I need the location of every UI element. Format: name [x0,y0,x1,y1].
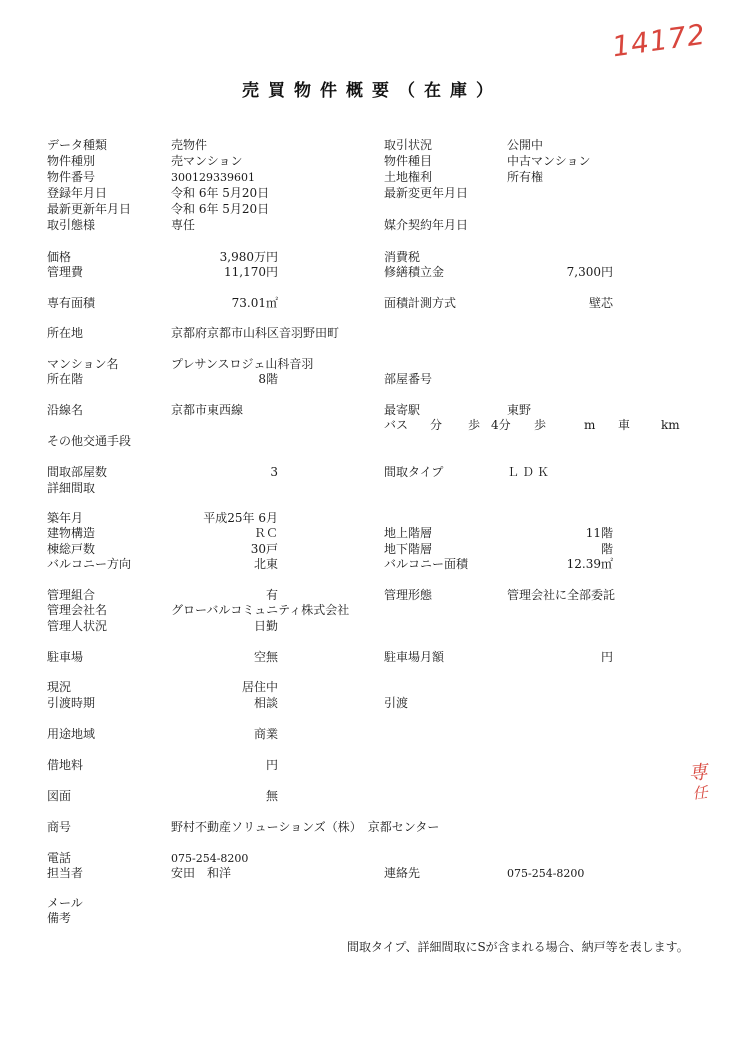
value-company: 野村不動産ソリューションズ（株） 京都センター [171,820,439,835]
label-latest-change: 最新変更年月日 [384,186,468,201]
value-balcony-area: 12.39㎡ [500,557,613,572]
value-floors-below: 階 [500,542,613,557]
value-staff: 安田 和洋 [171,866,231,881]
access-bus-min-unit: 分 [430,418,442,433]
value-floor-area: 73.01㎡ [150,296,278,311]
access-m-unit: m [584,418,595,433]
value-layout-type: ＬＤＫ [507,465,552,480]
label-land-rent: 借地料 [47,758,83,773]
label-area-method: 面積計測方式 [384,296,456,311]
handwritten-stamp: 専 任 [686,762,712,804]
label-other-transport: その他交通手段 [47,434,131,449]
value-contact: 075-254-8200 [507,866,584,881]
value-data-type: 売物件 [171,138,207,153]
handwritten-stamp-line2: 任 [688,782,712,804]
value-property-number: 300129339601 [171,170,255,185]
label-floors-below: 地下階層 [384,542,432,557]
label-room-count: 間取部屋数 [47,465,107,480]
access-car-label: 車 [618,418,630,433]
value-parking: 空無 [150,650,278,665]
label-registered-date: 登録年月日 [47,186,107,201]
label-mansion-name: マンション名 [47,357,118,372]
label-layout-detail: 詳細間取 [47,481,95,496]
value-deal-mode: 専任 [171,218,195,233]
label-staff: 担当者 [47,866,83,881]
value-repair-reserve: 7,300円 [500,265,613,280]
label-email: メール [47,896,83,911]
label-floors-above: 地上階層 [384,526,432,541]
value-land-rent: 円 [150,758,278,773]
value-updated-date: 令和 6年 5月20日 [171,202,269,217]
label-deal-mode: 取引態様 [47,218,95,233]
value-floor: 8階 [150,372,278,387]
value-location: 京都府京都市山科区音羽野田町 [171,326,339,341]
label-deal-status: 取引状況 [384,138,432,153]
label-updated-date: 最新更新年月日 [47,202,131,217]
access-km-unit: km [661,418,680,433]
label-property-item: 物件種目 [384,154,432,169]
value-room-count: 3 [150,465,278,480]
label-repair-reserve: 修繕積立金 [384,265,444,280]
value-drawings: 無 [150,789,278,804]
value-mgmt-form: 管理会社に全部委託 [507,588,615,603]
label-parking-fee: 駐車場月額 [384,650,444,665]
label-handover-time: 引渡時期 [47,696,95,711]
value-management-fee: 11,170円 [150,265,278,280]
value-total-units: 30戸 [150,542,278,557]
value-mansion-name: プレサンスロジェ山科音羽 [171,357,313,372]
label-total-units: 棟総戸数 [47,542,95,557]
label-land-rights: 土地権利 [384,170,432,185]
label-parking: 駐車場 [47,650,83,665]
value-property-class: 売マンション [171,154,242,169]
value-land-rights: 所有権 [507,170,543,185]
label-nearest-station: 最寄駅 [384,403,420,418]
value-area-method: 壁芯 [500,296,613,311]
handwritten-number: 14172 [610,18,708,64]
label-brokerage-date: 媒介契約年月日 [384,218,468,233]
value-nearest-station: 東野 [507,403,531,418]
value-parking-fee: 円 [500,650,613,665]
value-mgmt-company: グローバルコミュニティ株式会社 [171,603,349,618]
label-floor-area: 専有面積 [47,296,95,311]
value-price: 3,980万円 [150,250,278,265]
value-handover-time: 相談 [150,696,278,711]
value-zoning: 商業 [150,727,278,742]
label-line-name: 沿線名 [47,403,83,418]
value-manager-status: 日勤 [150,619,278,634]
label-current-status: 現況 [47,680,71,695]
label-room-number: 部屋番号 [384,372,432,387]
label-drawings: 図面 [47,789,71,804]
label-mgmt-company: 管理会社名 [47,603,107,618]
label-zoning: 用途地域 [47,727,95,742]
label-manager-status: 管理人状況 [47,619,107,634]
access-walk-min: 4分 [491,418,511,433]
document-title: 売買物件概要（在庫） [0,76,744,101]
label-layout-type: 間取タイプ [384,465,443,480]
label-handover: 引渡 [384,696,408,711]
label-balcony-area: バルコニー面積 [384,557,468,572]
label-mgmt-form: 管理形態 [384,588,432,603]
label-location: 所在地 [47,326,83,341]
access-walk1-label: 歩 [468,418,480,433]
label-contact: 連絡先 [384,866,420,881]
label-remarks: 備考 [47,911,71,926]
label-company: 商号 [47,820,71,835]
value-built: 平成25年 6月 [150,511,278,526]
label-management-fee: 管理費 [47,265,83,280]
label-built: 築年月 [47,511,83,526]
label-price: 価格 [47,250,71,265]
label-property-class: 物件種別 [47,154,95,169]
value-structure: ＲＣ [150,526,278,541]
label-property-number: 物件番号 [47,170,95,185]
label-phone: 電話 [47,851,71,866]
value-owners-assoc: 有 [150,588,278,603]
label-structure: 建物構造 [47,526,95,541]
value-floors-above: 11階 [500,526,613,541]
value-current-status: 居住中 [150,680,278,695]
value-property-item: 中古マンション [507,154,590,169]
value-balcony-direction: 北東 [150,557,278,572]
label-owners-assoc: 管理組合 [47,588,95,603]
handwritten-stamp-line1: 専 [686,762,710,784]
label-consumption-tax: 消費税 [384,250,420,265]
value-phone: 075-254-8200 [171,851,248,866]
access-walk2-label: 歩 [534,418,546,433]
label-floor: 所在階 [47,372,83,387]
footnote: 間取タイプ、詳細間取にSが含まれる場合、納戸等を表します。 [347,940,689,955]
value-line-name: 京都市東西線 [171,403,243,418]
label-balcony-direction: バルコニー方向 [47,557,131,572]
access-bus-label: バス [384,418,408,433]
label-data-type: データ種類 [47,138,107,153]
value-registered-date: 令和 6年 5月20日 [171,186,269,201]
value-deal-status: 公開中 [507,138,543,153]
